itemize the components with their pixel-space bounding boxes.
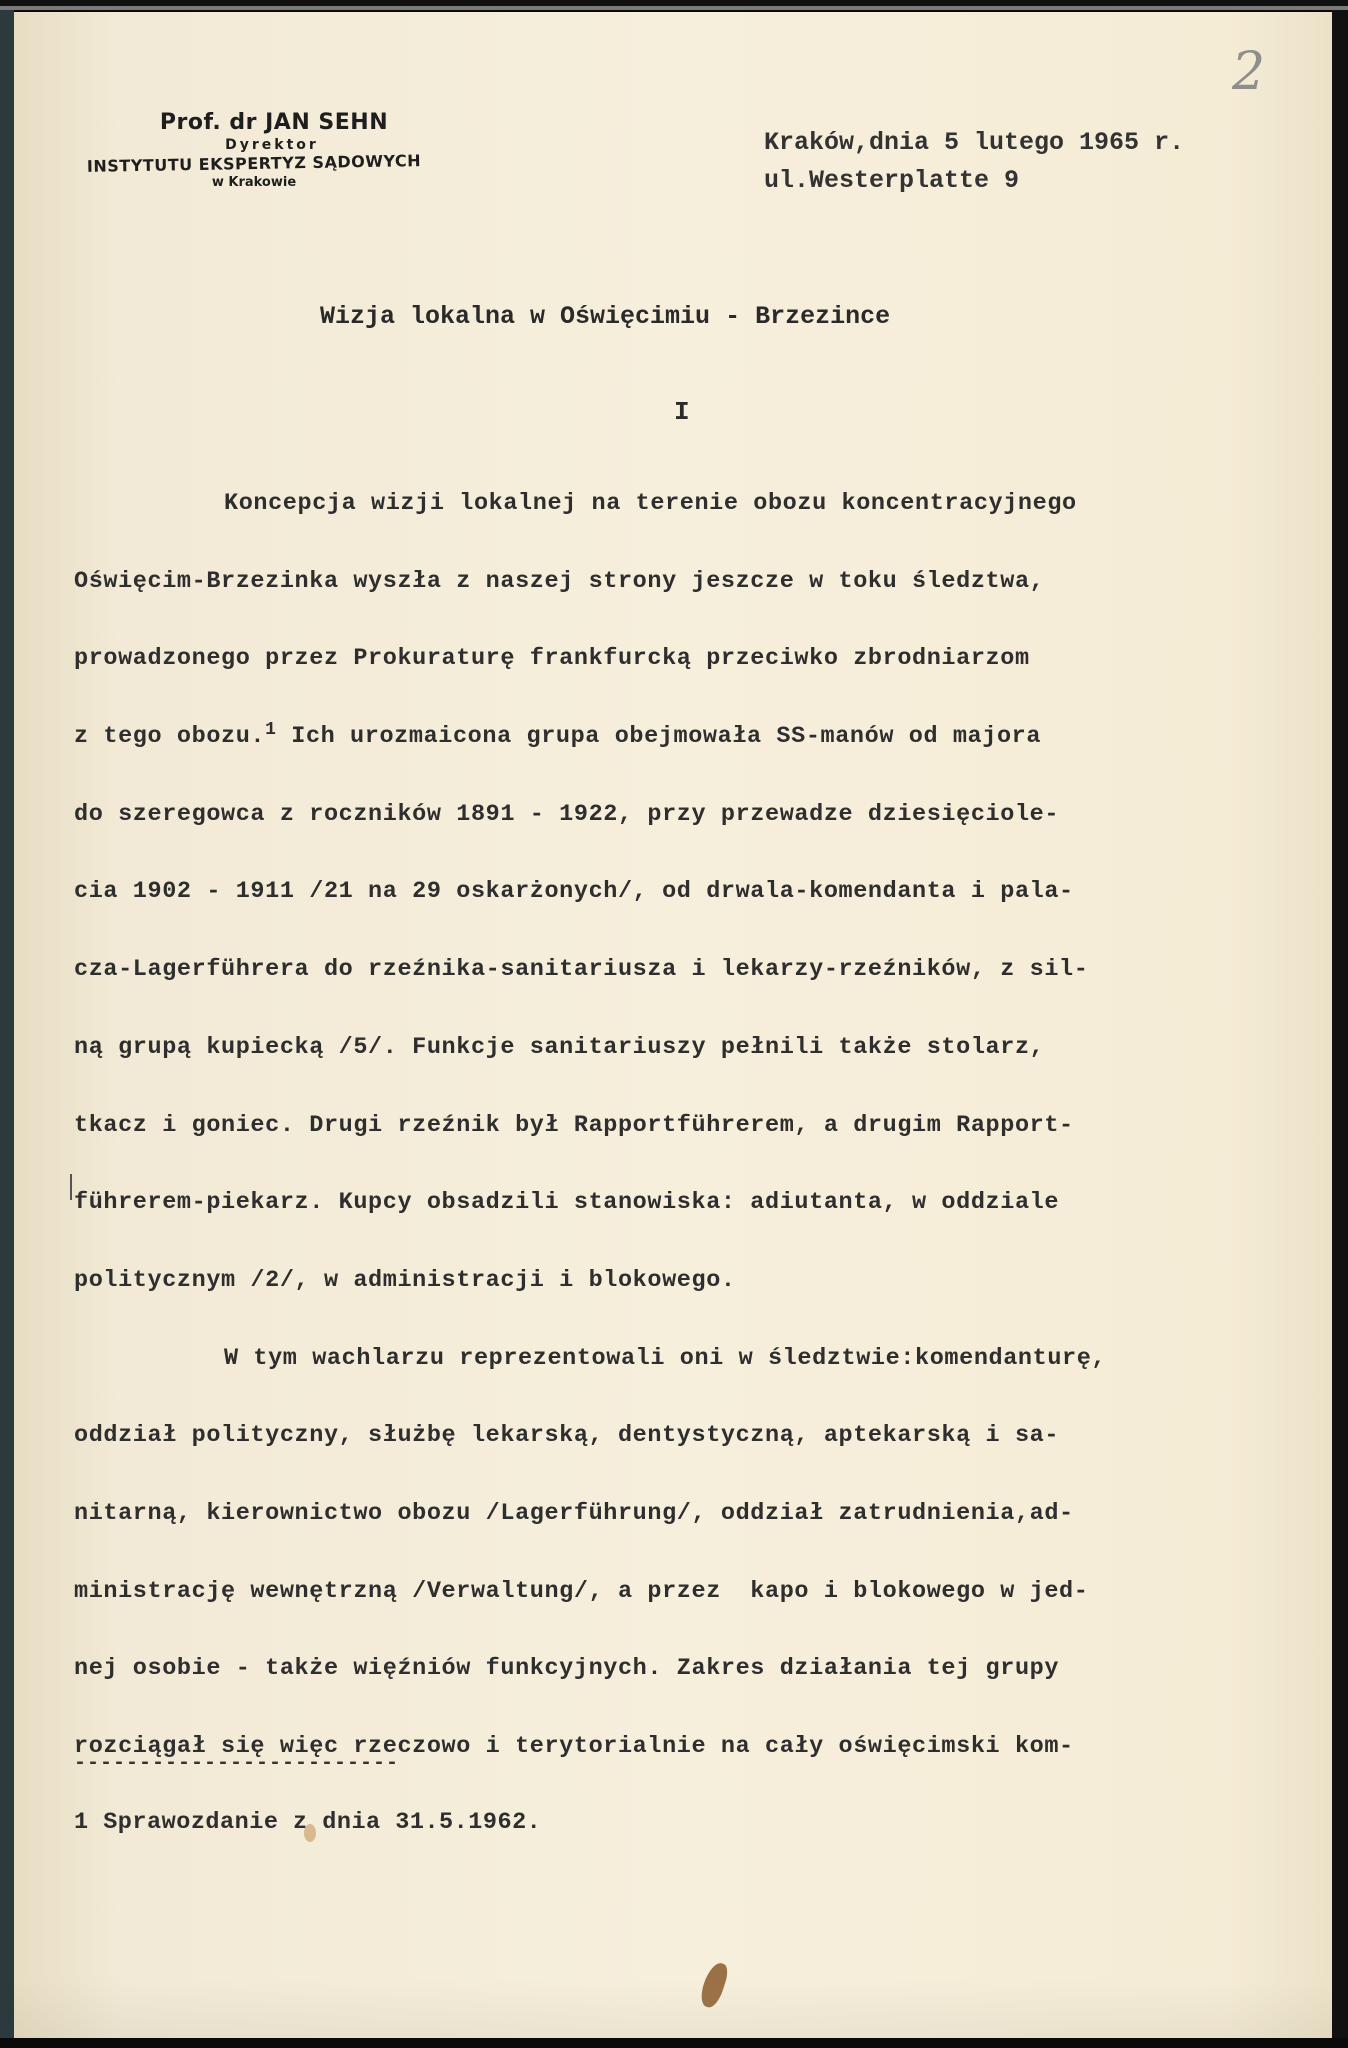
text-line: tkacz i goniec. Drugi rzeźnik był Rappor…: [74, 1087, 1324, 1165]
text-line: W tym wachlarzu reprezentowali oni w śle…: [74, 1320, 1324, 1398]
scan-top-edge-line: [0, 6, 1348, 10]
letterhead-stamp: Prof. dr JAN SEHN Dyrektor INSTYTUTU EKS…: [54, 110, 454, 190]
text-line: cia 1902 - 1911 /21 na 29 oskarżonych/, …: [74, 853, 1324, 931]
scan-right-border: [1332, 10, 1348, 2040]
text-line: Oświęcim-Brzezinka wyszła z naszej stron…: [74, 543, 1324, 621]
text-line: oddział polityczny, służbę lekarską, den…: [74, 1397, 1324, 1475]
text-line-start: z tego obozu.: [74, 723, 265, 750]
text-line: cza-Lagerführera do rzeźnika-sanitariusz…: [74, 931, 1324, 1009]
text-line: ministrację wewnętrzną /Verwaltung/, a p…: [74, 1553, 1324, 1631]
paper-stain: [697, 1960, 730, 2010]
folder-binding-edge: [0, 10, 14, 2038]
text-line: do szeregowca z roczników 1891 - 1922, p…: [74, 776, 1324, 854]
text-line: prowadzonego przez Prokuraturę frankfurc…: [74, 620, 1324, 698]
section-number: I: [674, 397, 690, 427]
text-line: politycznym /2/, w administracji i bloko…: [74, 1242, 1324, 1320]
body-text: Koncepcja wizji lokalnej na terenie oboz…: [74, 465, 1324, 1786]
footnote-separator: -------------------------: [74, 1752, 399, 1775]
paper-stain-small: [304, 1824, 316, 1842]
place-and-date-block: Kraków,dnia 5 lutego 1965 r. ul.Westerpl…: [764, 124, 1184, 200]
letterhead-institute: INSTYTUTU EKSPERTYZ SĄDOWYCH: [54, 151, 454, 177]
letterhead-name: Prof. dr JAN SEHN: [94, 110, 454, 135]
footnote-reference-1[interactable]: 1: [265, 720, 276, 740]
place-date: Kraków,dnia 5 lutego 1965 r.: [764, 124, 1184, 162]
text-line-continuation: Ich urozmaicona grupa obejmowała SS-manó…: [277, 723, 1042, 750]
letterhead-city: w Krakowie: [54, 175, 454, 190]
text-line: ną grupą kupiecką /5/. Funkcje sanitariu…: [74, 1009, 1324, 1087]
text-line: nej osobie - także więźniów funkcyjnych.…: [74, 1630, 1324, 1708]
text-line: nitarną, kierownictwo obozu /Lagerführun…: [74, 1475, 1324, 1553]
scan-bottom-border: [0, 2038, 1348, 2048]
address: ul.Westerplatte 9: [764, 162, 1184, 200]
document-title: Wizja lokalna w Oświęcimiu - Brzezince: [320, 302, 890, 331]
document-page: Prof. dr JAN SEHN Dyrektor INSTYTUTU EKS…: [14, 12, 1332, 2040]
text-line: z tego obozu.1 Ich urozmaicona grupa obe…: [74, 698, 1324, 776]
margin-pencil-mark: [70, 1174, 72, 1200]
text-line: Koncepcja wizji lokalnej na terenie oboz…: [74, 465, 1324, 543]
handwritten-page-number: 2: [1232, 42, 1265, 102]
text-line: führerem-piekarz. Kupcy obsadzili stanow…: [74, 1164, 1324, 1242]
